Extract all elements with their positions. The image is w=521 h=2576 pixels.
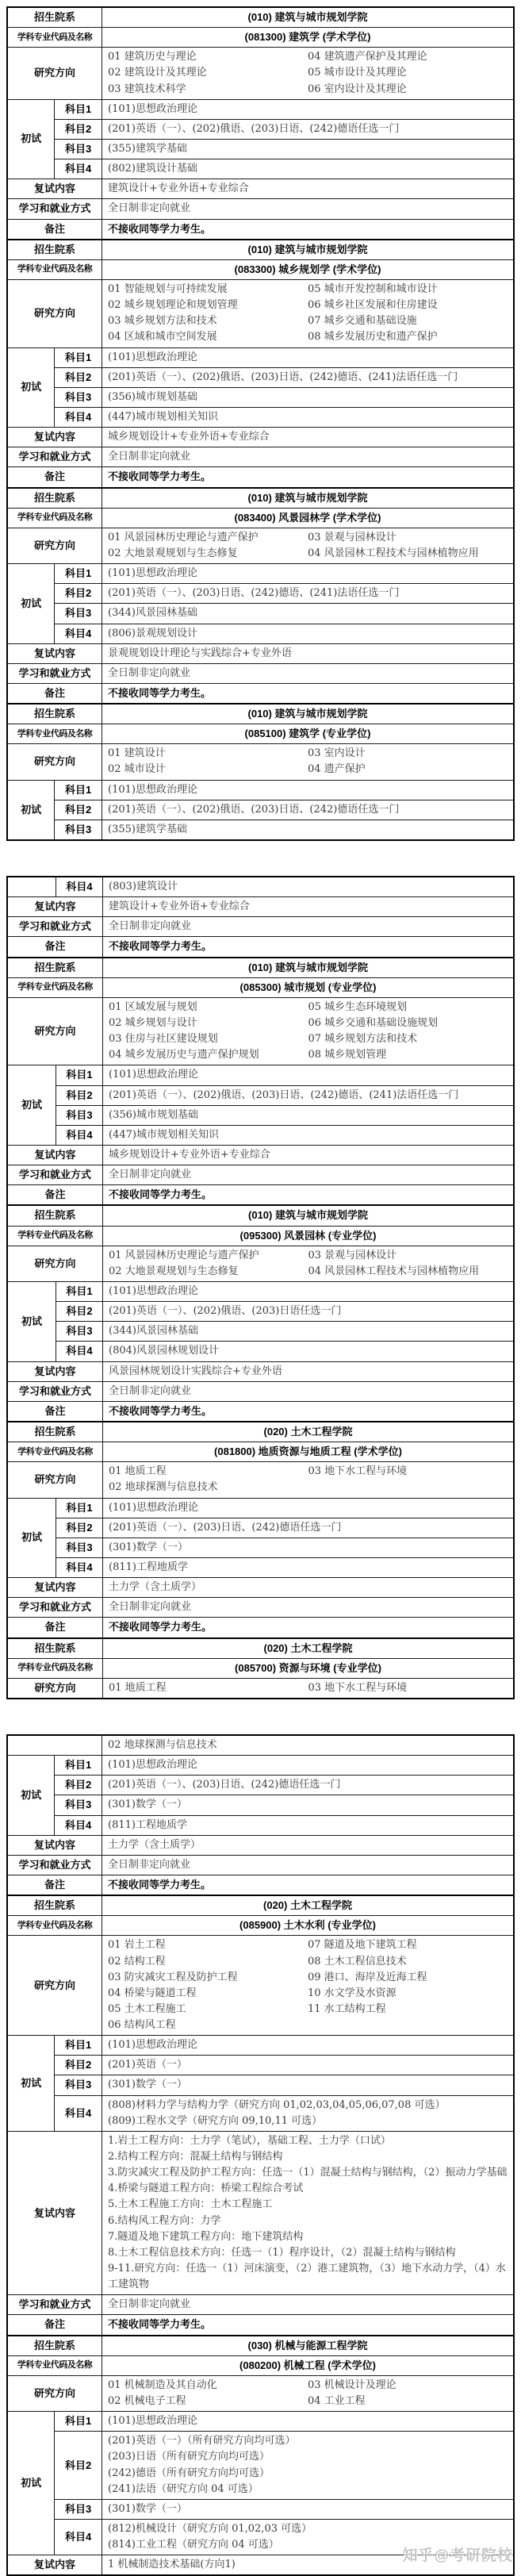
note-value: 不接收同等学力考生。 xyxy=(102,683,515,704)
content-line: 不接收同等学力考生。 xyxy=(108,469,508,485)
subject-label: 科目2 xyxy=(55,800,102,820)
content-line: 4.桥梁与隧道工程方向：桥梁工程综合考试 xyxy=(108,2181,508,2197)
directions-row: 研究方向01 风景园林历史理论与遗产保护03 景观与园林设计02 大地景观规划与… xyxy=(7,1246,514,1281)
exam-subject-row: 科目4(808)材料力学与结构力学（研究方向 01,02,03,04,05,06… xyxy=(7,2095,514,2131)
direction-row: 01 风景园林历史理论与遗产保护03 景观与园林设计 xyxy=(109,1248,508,1264)
retest-row: 复试内容土力学（含土质学） xyxy=(7,1578,514,1598)
code-row: 学科专业代码及名称(085300) 城市规划 (专业学位) xyxy=(7,977,514,997)
direction-left: 02 城市设计 xyxy=(108,762,308,777)
subject-label: 科目4 xyxy=(55,407,102,427)
exam-subject-row: 科目4(447)城市规划相关知识 xyxy=(7,407,514,427)
dept-row: 招生院系(010) 建筑与城市规划学院 xyxy=(7,958,514,978)
study-label: 学习和就业方式 xyxy=(7,1381,103,1401)
note-row: 备注不接收同等学力考生。 xyxy=(7,1401,514,1422)
exam-label: 初试 xyxy=(7,1065,56,1146)
direction-left: 01 区域发展与规划 xyxy=(109,1000,308,1015)
exam-subject-row: 科目2(201)英语（一）、(202)俄语、(203)日语、(242)德语、(2… xyxy=(7,367,514,387)
dept-value: (010) 建筑与城市规划学院 xyxy=(102,240,515,260)
exam-label: 初试 xyxy=(7,564,55,644)
code-label: 学科专业代码及名称 xyxy=(7,259,102,279)
study-label: 学习和就业方式 xyxy=(7,663,102,683)
subject-label: 科目4 xyxy=(55,1815,102,1835)
study-value: 全日制非定向就业 xyxy=(102,663,515,683)
content-line: (811)工程地质学 xyxy=(108,1818,508,1833)
table-blocks-container: 招生院系(010) 建筑与城市规划学院学科专业代码及名称(081300) 建筑学… xyxy=(0,6,521,2576)
exam-label-empty xyxy=(7,877,56,897)
content-line: 全日制非定向就业 xyxy=(109,1599,508,1615)
content-line: 不接收同等学力考生。 xyxy=(108,1877,508,1893)
note-row: 备注不接收同等学力考生。 xyxy=(7,1875,514,1895)
direction-right: 04 风景园林工程技术与园林植物应用 xyxy=(308,1264,508,1280)
subject-label: 科目1 xyxy=(55,2412,102,2432)
content-line: (101)思想政治理论 xyxy=(108,350,508,366)
direction-right: 06 城乡社区发展和住房建设 xyxy=(308,298,508,313)
subject-label: 科目1 xyxy=(56,1065,103,1085)
note-value: 不接收同等学力考生。 xyxy=(103,1185,515,1206)
dept-label: 招生院系 xyxy=(7,1422,103,1442)
direction-row: 06 结构风工程 xyxy=(108,2017,508,2033)
directions-cell: 01 智能规划与可持续发展05 城市开发控制和城市设计02 城乡规划理论和规划管… xyxy=(102,279,515,347)
direction-right xyxy=(308,1737,508,1753)
direction-row: 02 城市设计04 遗产保护 xyxy=(108,762,508,777)
direction-left: 02 大地景观规划与生态修复 xyxy=(109,1264,308,1280)
directions-cell: 01 建筑历史与理论04 建筑遗产保护及其理论02 建筑设计及其理论05 城市设… xyxy=(102,48,515,99)
subject-label: 科目2 xyxy=(55,367,102,387)
subject-content: (355)建筑学基础 xyxy=(102,820,515,840)
table-body: 02 地球探测与信息技术初试科目1(101)思想政治理论科目2(201)英语（一… xyxy=(7,1735,514,2575)
direction-right: 09 港口、海岸及近海工程 xyxy=(308,1970,508,1986)
note-value: 不接收同等学力考生。 xyxy=(103,1401,515,1422)
retest-row: 复试内容城乡规划设计+专业外语+专业综合 xyxy=(7,428,514,447)
content-line: (101)思想政治理论 xyxy=(108,1757,508,1773)
content-line: 全日制非定向就业 xyxy=(109,1167,508,1183)
code-value: (081800) 地质资源与地质工程 (学术学位) xyxy=(103,1442,515,1462)
direction-row: 01 地质工程03 地下水工程与环境 xyxy=(109,1680,508,1696)
exam-subject-row: 科目2(201)英语（一）、(203)日语、(242)德语任选一门 xyxy=(7,1776,514,1795)
content-line: (201)英语（一）、(202)俄语、(203)日语任选一门 xyxy=(109,1303,508,1319)
direction-left: 03 城乡规划方法和技术 xyxy=(108,313,308,329)
subject-label: 科目1 xyxy=(56,1498,103,1518)
retest-value: 城乡规划设计+专业外语+专业综合 xyxy=(103,1146,515,1165)
exam-subject-row: 科目4(804)风景园林规划设计 xyxy=(7,1342,514,1361)
subject-content: (101)思想政治理论 xyxy=(102,99,515,119)
study-value: 全日制非定向就业 xyxy=(103,917,515,937)
exam-subject-row: 初试科目1(101)思想政治理论 xyxy=(7,1756,514,1776)
directions-cell: 01 地质工程03 地下水工程与环境 xyxy=(103,1678,515,1699)
direction-row: 04 桥梁与隧道工程10 水文学及水资源 xyxy=(108,1986,508,2002)
exam-subject-row: 初试科目1(101)思想政治理论 xyxy=(7,347,514,367)
direction-left: 01 风景园林历史理论与遗产保护 xyxy=(108,530,308,546)
dept-row: 招生院系(020) 土木工程学院 xyxy=(7,1895,514,1916)
table-body: 招生院系(010) 建筑与城市规划学院学科专业代码及名称(081300) 建筑学… xyxy=(7,7,514,840)
subject-content: (344)风景园林基础 xyxy=(102,604,515,624)
study-row: 学习和就业方式全日制非定向就业 xyxy=(7,1165,514,1185)
content-line: (344)风景园林基础 xyxy=(109,1323,508,1339)
retest-value: 土力学（含土质学） xyxy=(103,1578,515,1598)
exam-subject-row: 科目3(355)建筑学基础 xyxy=(7,139,514,159)
subject-content: (101)思想政治理论 xyxy=(102,564,515,584)
study-label: 学习和就业方式 xyxy=(7,199,102,219)
content-line: (802)建筑设计基础 xyxy=(108,161,508,177)
content-line: (301)数学（一） xyxy=(108,1797,508,1813)
content-line: (356)城市规划基础 xyxy=(109,1108,508,1123)
subject-label: 科目3 xyxy=(55,387,102,407)
direction-right: 08 城乡发展历史和遗产保护 xyxy=(308,329,508,345)
retest-row: 复试内容建筑设计+专业外语+专业综合 xyxy=(7,179,514,199)
subject-content: (804)风景园林规划设计 xyxy=(103,1342,515,1361)
study-row: 学习和就业方式全日制非定向就业 xyxy=(7,447,514,467)
exam-label: 初试 xyxy=(7,2412,55,2555)
direction-left: 02 大地景观规划与生态修复 xyxy=(108,546,308,562)
retest-label: 复试内容 xyxy=(7,1146,103,1165)
code-label: 学科专业代码及名称 xyxy=(7,977,103,997)
exam-subject-row: 科目2(201)英语（一）、(202)俄语、(203)日语、(242)德语任选一… xyxy=(7,800,514,820)
subject-label: 科目2 xyxy=(55,2056,102,2075)
directions-label: 研究方向 xyxy=(7,1678,103,1699)
subject-content: (101)思想政治理论 xyxy=(102,1756,515,1776)
subject-content: (356)城市规划基础 xyxy=(103,1105,515,1125)
note-value: 不接收同等学力考生。 xyxy=(102,2315,515,2336)
code-value: (083400) 风景园林学 (学术学位) xyxy=(102,508,515,528)
subject-content: (201)英语（一）、(202)俄语、(203)日语任选一门 xyxy=(103,1302,515,1322)
dept-row: 招生院系(020) 土木工程学院 xyxy=(7,1422,514,1442)
direction-left: 04 区域和城市空间发展 xyxy=(108,329,308,345)
dept-label: 招生院系 xyxy=(7,704,102,724)
content-line: (201)英语（一） xyxy=(108,2057,508,2073)
directions-cell: 01 风景园林历史理论与遗产保护03 景观与园林设计02 大地景观规划与生态修复… xyxy=(102,528,515,563)
code-value: (083300) 城乡规划学 (学术学位) xyxy=(102,259,515,279)
content-line: 建筑设计+专业外语+专业综合 xyxy=(108,181,508,197)
content-line: 不接收同等学力考生。 xyxy=(109,1403,508,1419)
code-label: 学科专业代码及名称 xyxy=(7,508,102,528)
note-label: 备注 xyxy=(7,219,102,240)
content-line: (083300) 城乡规划学 (学术学位) xyxy=(108,262,508,278)
exam-subject-row: 科目2(201)英语（一）、(202)俄语、(203)日语任选一门 xyxy=(7,1302,514,1322)
content-line: 风景园林规划设计实践综合+专业外语 xyxy=(109,1364,508,1380)
note-row: 备注不接收同等学力考生。 xyxy=(7,219,514,240)
exam-subject-row: 科目3(344)风景园林基础 xyxy=(7,1322,514,1342)
dept-row: 招生院系(020) 土木工程学院 xyxy=(7,1638,514,1659)
exam-label: 初试 xyxy=(7,1756,55,1836)
subject-label: 科目2 xyxy=(55,2432,102,2500)
content-line: (447)城市规划相关知识 xyxy=(109,1127,508,1143)
content-line: (020) 土木工程学院 xyxy=(108,1898,508,1914)
subject-label: 科目3 xyxy=(55,604,102,624)
content-line: (010) 建筑与城市规划学院 xyxy=(109,1207,508,1223)
note-label: 备注 xyxy=(7,1875,102,1895)
direction-left: 03 防灾减灾工程及防护工程 xyxy=(108,1970,308,1986)
direction-row: 01 智能规划与可持续发展05 城市开发控制和城市设计 xyxy=(108,282,508,298)
exam-subject-row: 科目3(301)数学（一） xyxy=(7,1538,514,1557)
exam-subject-row: 初试科目1(101)思想政治理论 xyxy=(7,99,514,119)
directions-label: 研究方向 xyxy=(7,528,102,563)
direction-row: 04 城乡发展历史与遗产保护规划08 城乡规划管理 xyxy=(109,1047,508,1063)
retest-row: 复试内容城乡规划设计+专业外语+专业综合 xyxy=(7,1146,514,1165)
content-line: (010) 建筑与城市规划学院 xyxy=(108,10,508,25)
directions-label: 研究方向 xyxy=(7,48,102,99)
directions-label: 研究方向 xyxy=(7,1246,103,1281)
exam-subject-row: 科目3(344)风景园林基础 xyxy=(7,604,514,624)
study-label: 学习和就业方式 xyxy=(7,917,103,937)
exam-subject-row: 科目3(356)城市规划基础 xyxy=(7,387,514,407)
content-line: (101)思想政治理论 xyxy=(109,1284,508,1300)
exam-subject-row: 初试科目1(101)思想政治理论 xyxy=(7,1282,514,1302)
content-line: (201)英语（一）、(203)日语、(242)德语任选一门 xyxy=(109,1520,508,1536)
note-label: 备注 xyxy=(7,1185,103,1206)
direction-row: 02 大地景观规划与生态修复04 风景园林工程技术与园林植物应用 xyxy=(108,546,508,562)
dept-row: 招生院系(010) 建筑与城市规划学院 xyxy=(7,1205,514,1226)
study-row: 学习和就业方式全日制非定向就业 xyxy=(7,663,514,683)
directions-row: 研究方向01 区域发展与规划05 城乡生态环境规划02 城乡规划与设计06 城乡… xyxy=(7,997,514,1065)
content-line: (010) 建筑与城市规划学院 xyxy=(108,490,508,506)
code-label: 学科专业代码及名称 xyxy=(7,2355,102,2375)
content-line: (030) 机械与能源工程学院 xyxy=(108,2338,508,2354)
direction-row: 03 住房与社区建设规划07 城乡规划方法和技术 xyxy=(109,1031,508,1047)
retest-row: 复试内容建筑设计+专业外语+专业综合 xyxy=(7,897,514,917)
content-line: (085300) 城市规划 (专业学位) xyxy=(109,980,508,996)
content-line: 土力学（含土质学） xyxy=(109,1580,508,1595)
direction-row: 02 大地景观规划与生态修复04 风景园林工程技术与园林植物应用 xyxy=(109,1264,508,1280)
direction-left: 03 住房与社区建设规划 xyxy=(109,1031,308,1047)
direction-right: 03 室内设计 xyxy=(308,746,508,762)
retest-label: 复试内容 xyxy=(7,1361,103,1381)
content-line: (101)思想政治理论 xyxy=(108,2037,508,2053)
direction-left: 01 地质工程 xyxy=(109,1680,308,1696)
exam-label: 初试 xyxy=(7,1282,56,1362)
direction-right: 04 风景园林工程技术与园林植物应用 xyxy=(308,546,508,562)
subject-label: 科目2 xyxy=(56,1302,103,1322)
direction-right: 10 水文学及水资源 xyxy=(308,1986,508,2002)
content-line: (101)思想政治理论 xyxy=(108,782,508,798)
directions-cell: 02 地球探测与信息技术 xyxy=(102,1735,515,1756)
content-line: (201)英语（一）、(202)俄语、(203)日语、(242)德语、(241)… xyxy=(109,1088,508,1104)
dept-value: (020) 土木工程学院 xyxy=(103,1638,515,1659)
note-row: 备注不接收同等学力考生。 xyxy=(7,1618,514,1638)
directions-label: 研究方向 xyxy=(7,1462,103,1498)
study-value: 全日制非定向就业 xyxy=(102,2295,515,2315)
exam-subject-row: 初试科目1(101)思想政治理论 xyxy=(7,2412,514,2432)
directions-cell: 01 区域发展与规划05 城乡生态环境规划02 城乡规划与设计06 城乡交通和基… xyxy=(103,997,515,1065)
subject-content: (356)城市规划基础 xyxy=(102,387,515,407)
exam-subject-row: 初试科目1(101)思想政治理论 xyxy=(7,1498,514,1518)
dept-value: (030) 机械与能源工程学院 xyxy=(102,2336,515,2356)
retest-value: 风景园林规划设计实践综合+专业外语 xyxy=(103,1361,515,1381)
content-line: 景观规划设计理论与实践综合+专业外语 xyxy=(108,646,508,662)
content-line: 全日制非定向就业 xyxy=(109,1384,508,1399)
subject-content: (101)思想政治理论 xyxy=(102,2036,515,2056)
direction-right: 07 城乡交通和基础设施 xyxy=(308,313,508,329)
subject-content: (101)思想政治理论 xyxy=(103,1498,515,1518)
dept-row: 招生院系(010) 建筑与城市规划学院 xyxy=(7,488,514,509)
subject-label: 科目2 xyxy=(55,584,102,604)
subject-content: (101)思想政治理论 xyxy=(102,347,515,367)
direction-left: 02 城乡规划与设计 xyxy=(109,1015,308,1031)
direction-row: 01 区域发展与规划05 城乡生态环境规划 xyxy=(109,1000,508,1015)
subject-content: (201)英语（一）、(202)俄语、(203)日语、(242)德语、(241)… xyxy=(103,1085,515,1105)
code-label: 学科专业代码及名称 xyxy=(7,28,102,48)
subject-content: (301)数学（一） xyxy=(103,1538,515,1557)
content-line: (201)英语（一）、(202)俄语、(203)日语、(242)德语任选一门 xyxy=(108,121,508,137)
content-line: 7.隧道及地下建筑工程方向：地下建筑结构 xyxy=(108,2229,508,2245)
directions-row: 02 地球探测与信息技术 xyxy=(7,1735,514,1756)
content-line: 6.结构风工程方向：力学 xyxy=(108,2213,508,2229)
content-line: (301)数学（一） xyxy=(108,2077,508,2093)
direction-right: 03 景观与园林设计 xyxy=(308,530,508,546)
subject-label: 科目2 xyxy=(55,119,102,139)
subject-label: 科目4 xyxy=(56,1342,103,1361)
subject-content: (201)英语（一） xyxy=(102,2056,515,2075)
direction-left: 04 城乡发展历史与遗产保护规划 xyxy=(109,1047,308,1063)
study-row: 学习和就业方式全日制非定向就业 xyxy=(7,1598,514,1618)
subject-label: 科目3 xyxy=(55,820,102,840)
code-value: (085300) 城市规划 (专业学位) xyxy=(103,977,515,997)
subject-content: (201)英语（一）、(203)日语、(242)德语任选一门 xyxy=(103,1518,515,1538)
content-line: (241)法语（研究方向 04 可选） xyxy=(108,2482,508,2497)
subject-content: (802)建筑设计基础 xyxy=(102,159,515,179)
directions-row: 研究方向01 建筑设计03 室内设计02 城市设计04 遗产保护 xyxy=(7,744,514,780)
direction-left: 02 地球探测与信息技术 xyxy=(108,1737,308,1753)
dept-label: 招生院系 xyxy=(7,240,102,260)
code-value: (095300) 风景园林 (专业学位) xyxy=(103,1226,515,1246)
study-value: 全日制非定向就业 xyxy=(103,1598,515,1618)
content-line: (080200) 机械工程 (学术学位) xyxy=(108,2358,508,2374)
study-label: 学习和就业方式 xyxy=(7,1855,102,1875)
note-row: 备注不接收同等学力考生。 xyxy=(7,1185,514,1206)
directions-cell: 01 地质工程03 地下水工程与环境02 地球探测与信息技术 xyxy=(103,1462,515,1498)
content-line: 2.结构工程方向：混凝土结构与钢结构 xyxy=(108,2149,508,2165)
direction-right: 08 城乡规划管理 xyxy=(308,1047,508,1063)
content-line: 8.土木工程信息技术方向：任选一（1）程序设计，（2）混凝土结构与钢结构 xyxy=(108,2245,508,2261)
retest-value: 土力学（含土质学） xyxy=(102,1835,515,1855)
exam-subject-row: 科目4(802)建筑设计基础 xyxy=(7,159,514,179)
content-line: 全日制非定向就业 xyxy=(108,666,508,681)
exam-subject-row: 科目3(301)数学（一） xyxy=(7,1795,514,1815)
subject-label: 科目1 xyxy=(55,2036,102,2056)
directions-label: 研究方向 xyxy=(7,744,102,780)
direction-right: 06 城乡交通和基础设施规划 xyxy=(308,1015,508,1031)
study-row: 学习和就业方式全日制非定向就业 xyxy=(7,199,514,219)
subject-content: (201)英语（一）、(202)俄语、(203)日语、(242)德语任选一门 xyxy=(102,119,515,139)
content-line: (355)建筑学基础 xyxy=(108,822,508,838)
direction-right: 04 工业工程 xyxy=(308,2394,508,2409)
content-line: (301)数学（一） xyxy=(109,1540,508,1556)
table-block-3: 02 地球探测与信息技术初试科目1(101)思想政治理论科目2(201)英语（一… xyxy=(6,1734,521,2576)
exam-label: 初试 xyxy=(7,780,55,840)
study-value: 全日制非定向就业 xyxy=(102,1855,515,1875)
admissions-document-page: 招生院系(010) 建筑与城市规划学院学科专业代码及名称(081300) 建筑学… xyxy=(0,0,521,2576)
retest-row: 复试内容1.岩土工程方向：土力学（笔试），基础工程、土力学（口试）2.结构工程方… xyxy=(7,2131,514,2294)
content-line: (203)日语（所有研究方向均可选） xyxy=(108,2449,508,2465)
subject-content: (201)英语（一）、(202)俄语、(203)日语、(242)德语任选一门 xyxy=(102,800,515,820)
table-block-2: 科目4(803)建筑设计复试内容建筑设计+专业外语+专业综合学习和就业方式全日制… xyxy=(6,876,521,1699)
code-row: 学科专业代码及名称(083400) 风景园林学 (学术学位) xyxy=(7,508,514,528)
content-line: (201)英语（一）、(202)俄语、(203)日语、(242)德语任选一门 xyxy=(108,802,508,818)
direction-right: 08 土木工程信息技术 xyxy=(308,1954,508,1970)
directions-row: 研究方向01 建筑历史与理论04 建筑遗产保护及其理论02 建筑设计及其理论05… xyxy=(7,48,514,99)
subject-label: 科目3 xyxy=(56,1538,103,1557)
note-value: 不接收同等学力考生。 xyxy=(102,467,515,488)
dept-row: 招生院系(010) 建筑与城市规划学院 xyxy=(7,704,514,724)
direction-right: 04 遗产保护 xyxy=(308,762,508,777)
subject-content: (447)城市规划相关知识 xyxy=(102,407,515,427)
exam-subject-row: 科目2(201)英语（一）、(202)俄语、(203)日语、(242)德语、(2… xyxy=(7,1085,514,1105)
note-label: 备注 xyxy=(7,1618,103,1638)
retest-value: 1.岩土工程方向：土力学（笔试），基础工程、土力学（口试）2.结构工程方向：混凝… xyxy=(102,2131,515,2294)
code-label: 学科专业代码及名称 xyxy=(7,724,102,744)
directions-row: 研究方向01 机械制造及其自动化03 机械设计及理论02 机械电子工程04 工业… xyxy=(7,2375,514,2411)
subject-label: 科目4 xyxy=(55,159,102,179)
note-value: 不接收同等学力考生。 xyxy=(102,219,515,240)
code-value: (080200) 机械工程 (学术学位) xyxy=(102,2355,515,2375)
content-line: 3.防灾减灾工程及防护工程方向：任选一（1）混凝土结构与钢结构，（2）振动力学基… xyxy=(108,2165,508,2181)
code-value: (085900) 土木水利 (专业学位) xyxy=(102,1916,515,1936)
study-value: 全日制非定向就业 xyxy=(102,199,515,219)
direction-row: 01 地质工程03 地下水工程与环境 xyxy=(109,1464,508,1480)
content-line: (201)英语（一）、(202)俄语、(203)日语、(242)德语、(241)… xyxy=(108,370,508,386)
direction-row: 01 岩土工程07 隧道及地下建筑工程 xyxy=(108,1937,508,1953)
direction-right: 06 室内设计及其理论 xyxy=(308,82,508,98)
content-line: (803)建筑设计 xyxy=(109,879,508,895)
direction-left: 01 地质工程 xyxy=(109,1464,308,1480)
code-label: 学科专业代码及名称 xyxy=(7,1442,103,1462)
note-label: 备注 xyxy=(7,2315,102,2336)
direction-row: 02 建筑设计及其理论05 城市设计及其理论 xyxy=(108,65,508,81)
study-row: 学习和就业方式全日制非定向就业 xyxy=(7,1381,514,1401)
study-value: 全日制非定向就业 xyxy=(103,1165,515,1185)
dept-value: (010) 建筑与城市规划学院 xyxy=(102,7,515,28)
content-line: (085900) 土木水利 (专业学位) xyxy=(108,1918,508,1933)
subject-label: 科目1 xyxy=(55,1756,102,1776)
directions-label: 研究方向 xyxy=(7,1936,102,2036)
direction-left: 02 机械电子工程 xyxy=(108,2394,308,2409)
subject-label: 科目2 xyxy=(56,1518,103,1538)
exam-subject-row: 初试科目1(101)思想政治理论 xyxy=(7,780,514,800)
subject-content: (355)建筑学基础 xyxy=(102,139,515,159)
subject-content: (806)景观规划设计 xyxy=(102,624,515,643)
subject-label: 科目1 xyxy=(56,1282,103,1302)
content-line: 城乡规划设计+专业外语+专业综合 xyxy=(109,1147,508,1163)
code-label: 学科专业代码及名称 xyxy=(7,1916,102,1936)
content-line: (010) 建筑与城市规划学院 xyxy=(109,960,508,976)
content-line: (101)思想政治理论 xyxy=(108,102,508,117)
admissions-table: 科目4(803)建筑设计复试内容建筑设计+专业外语+专业综合学习和就业方式全日制… xyxy=(6,876,515,1699)
direction-row: 02 结构工程08 土木工程信息技术 xyxy=(108,1954,508,1970)
direction-right: 03 景观与园林设计 xyxy=(308,1248,508,1264)
content-line: (095300) 风景园林 (专业学位) xyxy=(109,1228,508,1244)
subject-content: (101)思想政治理论 xyxy=(102,2412,515,2432)
content-line: (081300) 建筑学 (学术学位) xyxy=(108,29,508,45)
content-line: (081800) 地质资源与地质工程 (学术学位) xyxy=(109,1444,508,1460)
subject-content: (344)风景园林基础 xyxy=(103,1322,515,1342)
subject-content: (201)英语（一）、(203)日语、(242)德语、(241)法语任选一门 xyxy=(102,584,515,604)
content-line: 不接收同等学力考生。 xyxy=(108,221,508,237)
note-value: 不接收同等学力考生。 xyxy=(102,1875,515,1895)
subject-label: 科目1 xyxy=(55,347,102,367)
directions-row: 研究方向01 智能规划与可持续发展05 城市开发控制和城市设计02 城乡规划理论… xyxy=(7,279,514,347)
subject-label: 科目4 xyxy=(56,1557,103,1577)
subject-label: 科目4 xyxy=(56,1125,103,1145)
subject-label: 科目2 xyxy=(56,1085,103,1105)
exam-subject-row: 初试科目1(101)思想政治理论 xyxy=(7,2036,514,2056)
retest-label: 复试内容 xyxy=(7,2131,102,2294)
directions-label: 研究方向 xyxy=(7,2375,102,2411)
direction-right: 03 机械设计及理论 xyxy=(308,2378,508,2394)
code-row: 学科专业代码及名称(081800) 地质资源与地质工程 (学术学位) xyxy=(7,1442,514,1462)
content-line: 1.岩土工程方向：土力学（笔试），基础工程、土力学（口试） xyxy=(108,2133,508,2149)
subject-label: 科目4 xyxy=(55,2095,102,2131)
retest-row: 复试内容土力学（含土质学） xyxy=(7,1835,514,1855)
note-label: 备注 xyxy=(7,937,103,958)
